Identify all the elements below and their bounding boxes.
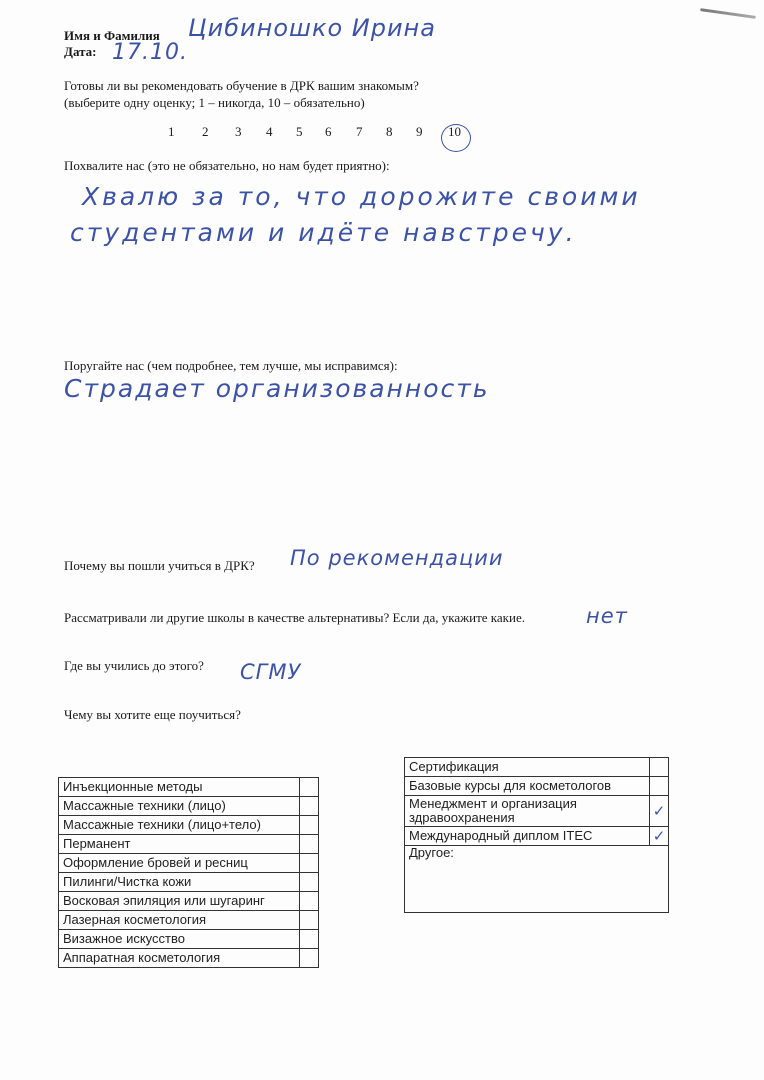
course-checkbox[interactable] [300, 816, 319, 835]
course-checkbox[interactable] [300, 778, 319, 797]
course-label: Перманент [59, 835, 300, 854]
rating-8[interactable]: 8 [386, 124, 393, 140]
course-checkbox[interactable] [300, 930, 319, 949]
course-checkbox[interactable] [650, 758, 669, 777]
wishes-question: Чему вы хотите еще поучиться? [64, 707, 241, 723]
course-row: Пилинги/Чистка кожи [59, 873, 319, 892]
rating-5[interactable]: 5 [296, 124, 303, 140]
rating-4[interactable]: 4 [266, 124, 273, 140]
rating-7[interactable]: 7 [356, 124, 363, 140]
rating-10-selected[interactable]: 10 [448, 124, 461, 140]
alternatives-question: Рассматривали ли другие школы в качестве… [64, 610, 525, 626]
course-checkbox[interactable]: ✓ [650, 827, 669, 846]
course-label: Базовые курсы для косметологов [405, 777, 650, 796]
criticism-question: Поругайте нас (чем подробнее, тем лучше,… [64, 358, 398, 374]
courses-table-right: СертификацияБазовые курсы для косметолог… [404, 757, 669, 913]
course-label: Инъекционные методы [59, 778, 300, 797]
course-row: Сертификация [405, 758, 669, 777]
rating-2[interactable]: 2 [202, 124, 209, 140]
course-row: Перманент [59, 835, 319, 854]
course-row: Международный диплом ITEC✓ [405, 827, 669, 846]
course-label: Массажные техники (лицо) [59, 797, 300, 816]
course-checkbox[interactable] [300, 873, 319, 892]
course-checkbox[interactable]: ✓ [650, 796, 669, 827]
course-label: Аппаратная косметология [59, 949, 300, 968]
course-row: Лазерная косметология [59, 911, 319, 930]
rating-6[interactable]: 6 [325, 124, 332, 140]
course-label: Оформление бровей и ресниц [59, 854, 300, 873]
rating-1[interactable]: 1 [168, 124, 175, 140]
checkmark-icon: ✓ [653, 802, 666, 820]
rating-3[interactable]: 3 [235, 124, 242, 140]
course-label: Лазерная косметология [59, 911, 300, 930]
checkmark-icon: ✓ [653, 827, 666, 845]
recommend-hint: (выберите одну оценку; 1 – никогда, 10 –… [64, 95, 365, 111]
course-label: Пилинги/Чистка кожи [59, 873, 300, 892]
selection-circle-icon [441, 124, 471, 152]
course-label: Визажное искусство [59, 930, 300, 949]
criticism-answer[interactable]: Страдает организованность [64, 374, 490, 403]
course-row: Аппаратная косметология [59, 949, 319, 968]
pen-mark [700, 8, 756, 19]
course-row: Инъекционные методы [59, 778, 319, 797]
course-label: Восковая эпиляция или шугаринг [59, 892, 300, 911]
courses-table-left: Инъекционные методыМассажные техники (ли… [58, 777, 319, 968]
previous-question: Где вы учились до этого? [64, 658, 204, 674]
course-label: Сертификация [405, 758, 650, 777]
course-checkbox[interactable] [300, 797, 319, 816]
praise-answer-line2[interactable]: студентами и идёте навстречу. [70, 218, 577, 247]
praise-question: Похвалите нас (это не обязательно, но на… [64, 158, 390, 174]
other-field[interactable]: Другое: [405, 846, 669, 913]
alternatives-answer[interactable]: нет [586, 604, 628, 628]
course-checkbox[interactable] [300, 835, 319, 854]
praise-answer-line1[interactable]: Хвалю за то, что дорожите своими [82, 182, 641, 211]
name-value[interactable]: Цибиношко Ирина [188, 14, 436, 42]
other-label: Другое: [409, 845, 454, 860]
other-row: Другое: [405, 846, 669, 913]
course-row: Массажные техники (лицо+тело) [59, 816, 319, 835]
course-row: Оформление бровей и ресниц [59, 854, 319, 873]
course-checkbox[interactable] [300, 911, 319, 930]
course-checkbox[interactable] [300, 892, 319, 911]
course-checkbox[interactable] [650, 777, 669, 796]
course-row: Восковая эпиляция или шугаринг [59, 892, 319, 911]
course-label: Массажные техники (лицо+тело) [59, 816, 300, 835]
course-row: Визажное искусство [59, 930, 319, 949]
why-question: Почему вы пошли учиться в ДРК? [64, 558, 255, 574]
course-label: Международный диплом ITEC [405, 827, 650, 846]
previous-answer[interactable]: СГМУ [240, 660, 301, 684]
recommend-question: Готовы ли вы рекомендовать обучение в ДР… [64, 78, 419, 94]
date-value[interactable]: 17.10. [112, 40, 188, 65]
course-checkbox[interactable] [300, 854, 319, 873]
course-label: Менеджмент и организация здравоохранения [405, 796, 650, 827]
course-row: Менеджмент и организация здравоохранения… [405, 796, 669, 827]
rating-9[interactable]: 9 [416, 124, 423, 140]
course-row: Массажные техники (лицо) [59, 797, 319, 816]
date-label: Дата: [64, 44, 96, 60]
course-row: Базовые курсы для косметологов [405, 777, 669, 796]
why-answer[interactable]: По рекомендации [290, 546, 504, 570]
course-checkbox[interactable] [300, 949, 319, 968]
